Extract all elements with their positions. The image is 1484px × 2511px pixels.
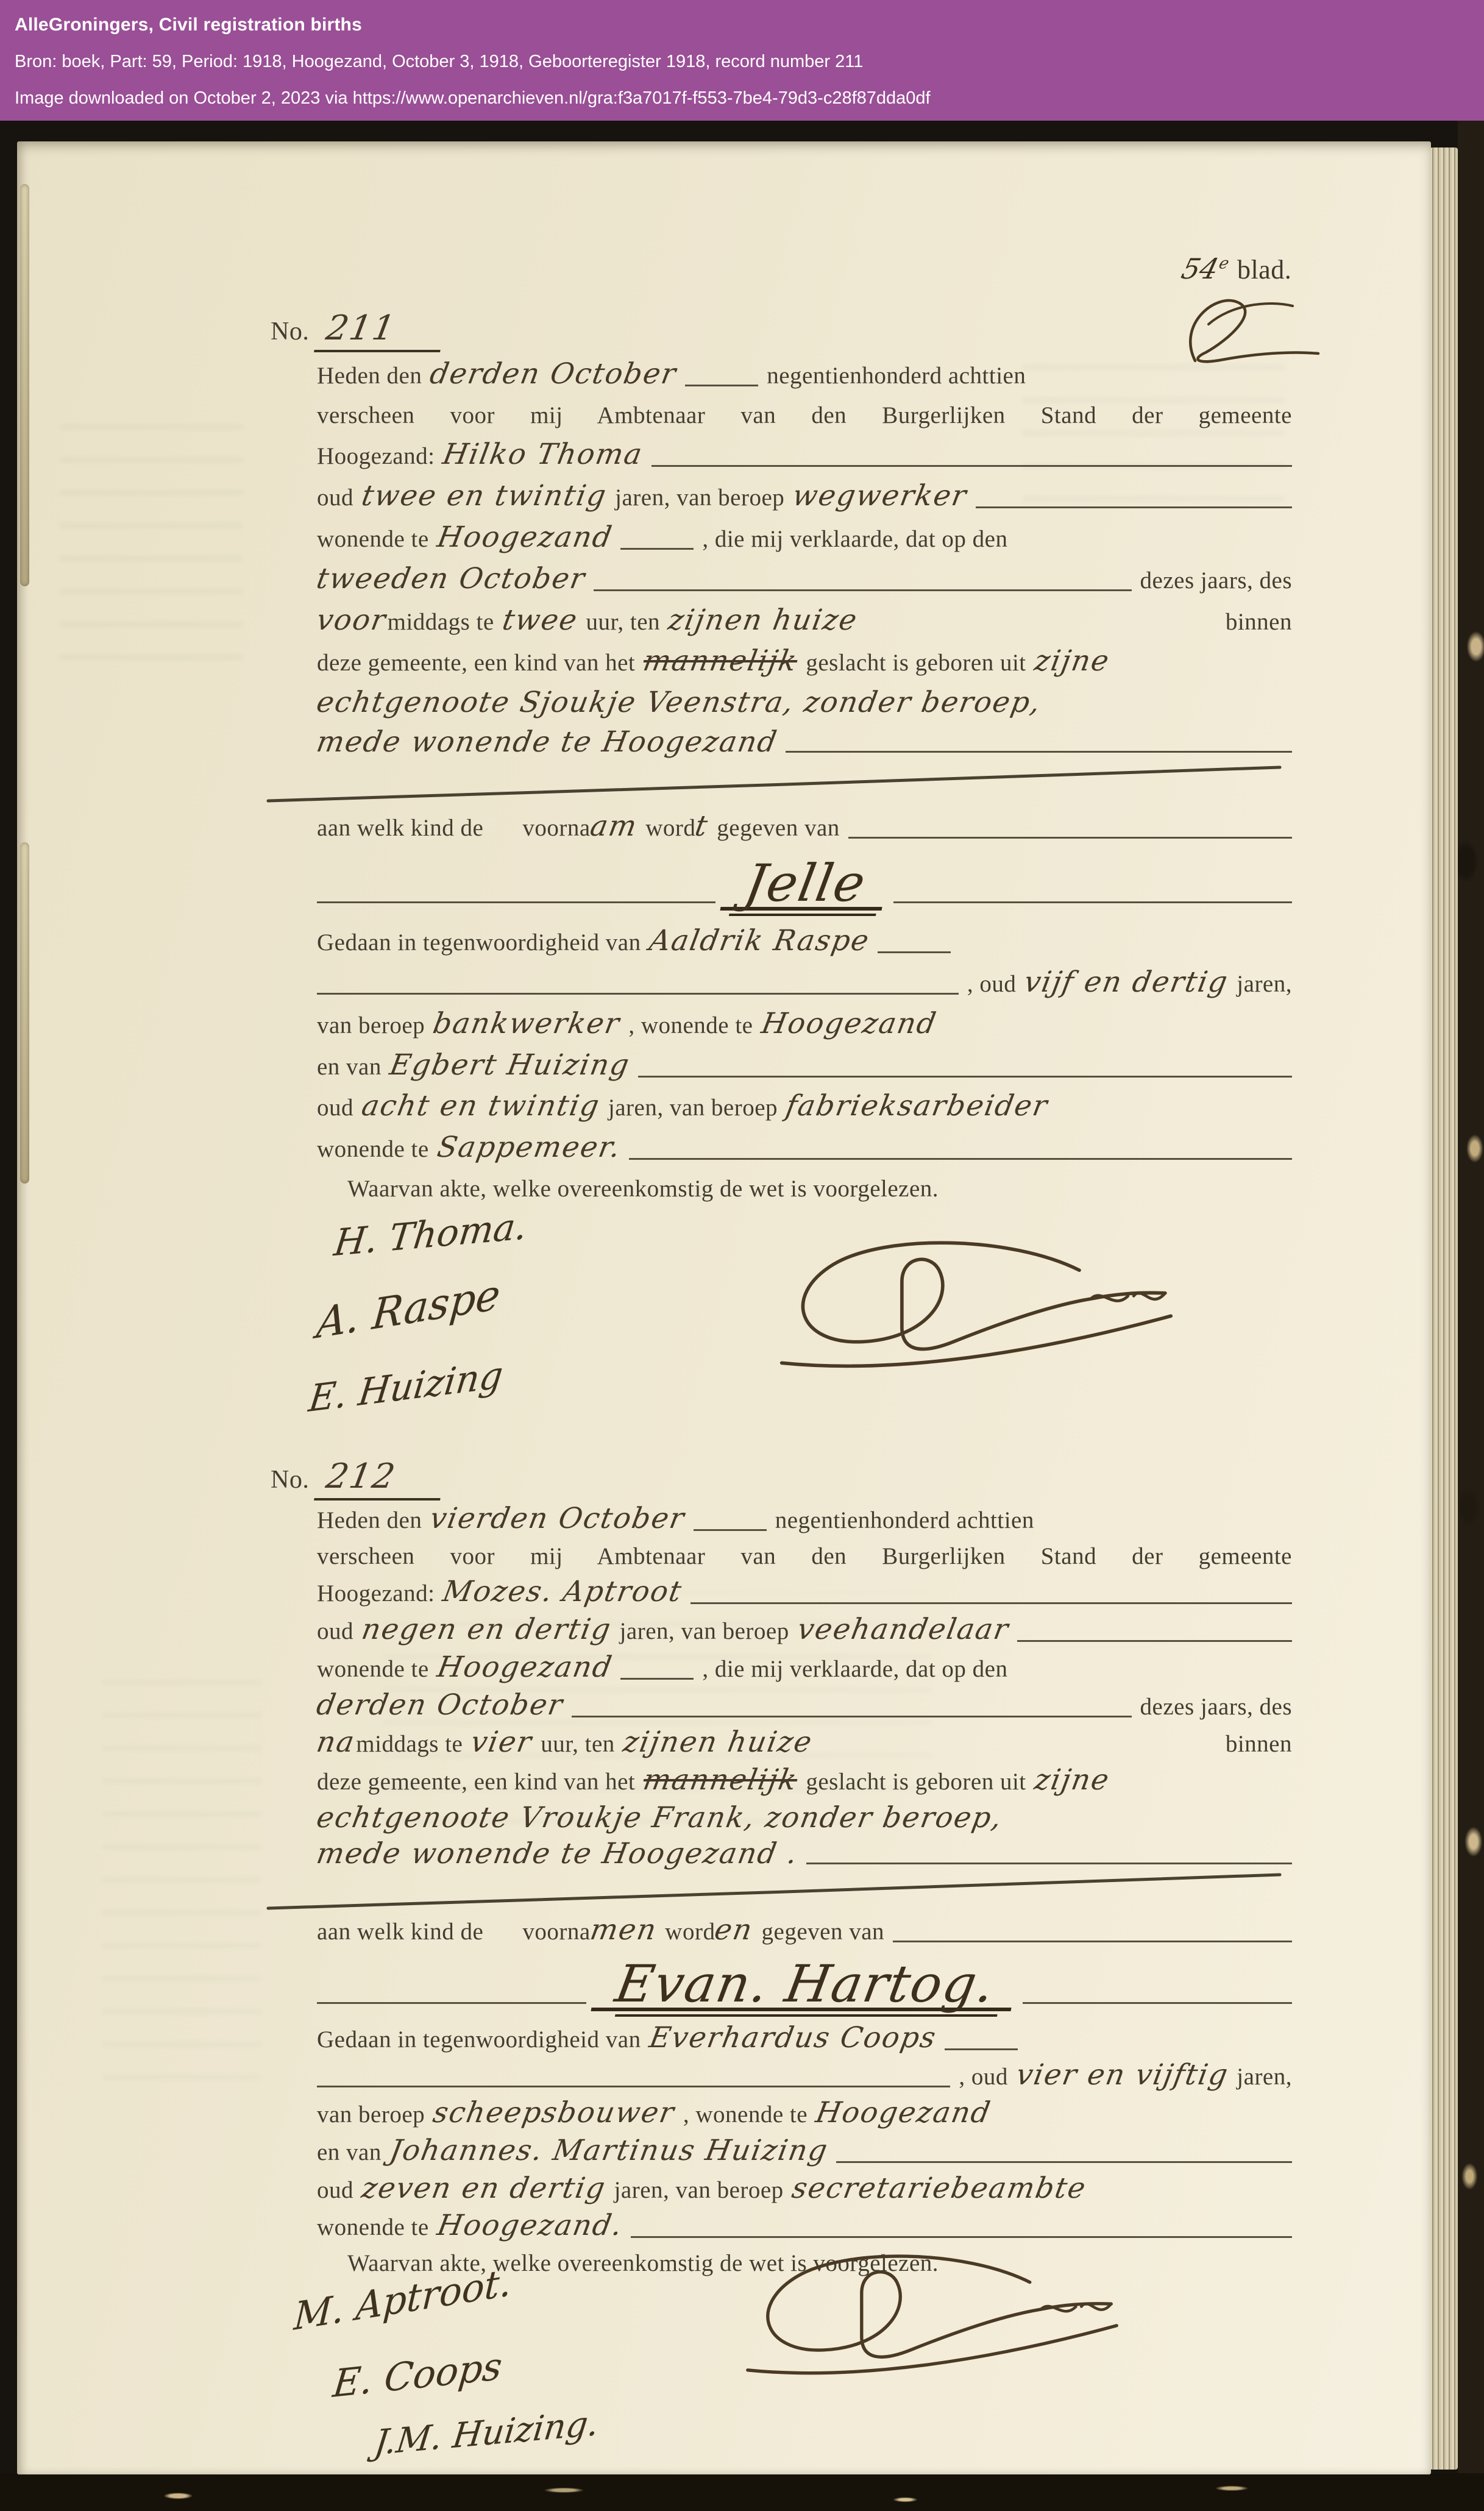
printed-segment: Gedaan in tegenwoordigheid van <box>317 925 641 961</box>
printed-segment: , oud <box>967 967 1017 1002</box>
handwritten-witness1-residence: Hoogezand <box>813 2095 994 2131</box>
printed-segment: Heden den <box>317 1503 422 1538</box>
handwritten-witness2-residence: Hoogezand. <box>435 2208 626 2243</box>
date-of-registration-row: Heden den vierden October negentienhonde… <box>256 1501 1292 1538</box>
blank-line <box>694 1529 767 1531</box>
declarant-name-row: Hoogezand: Mozes. Aptroot <box>256 1574 1292 1611</box>
witness1-age-row: , oud vijf en dertig jaren, <box>256 965 1292 1002</box>
signature: H. Thoma. <box>332 1204 530 1265</box>
handwritten-birth-date: derden October <box>314 1688 566 1723</box>
handwritten-witness2-occupation: secretariebeambte <box>789 2171 1089 2206</box>
handwritten-hour: vier <box>468 1725 535 1760</box>
printed-segment: uur, ten <box>586 605 660 640</box>
banner-download-line: Image downloaded on October 2, 2023 via … <box>15 88 1484 108</box>
printed-segment: wonende te <box>317 522 429 557</box>
no-label: No. <box>271 314 309 349</box>
handwritten-witness2-name: Egbert Huizing <box>387 1048 633 1083</box>
handwritten-age: twee en twintig <box>359 478 609 514</box>
sheet-word-printed: blad. <box>1237 254 1291 285</box>
child-name: Jelle <box>720 865 889 911</box>
voornaam-word: voorna men <box>522 1913 656 1950</box>
given-name-clause-row: aan welk kind de voorna men word en gege… <box>256 1913 1292 1950</box>
printed-segment: Hoogezand: <box>317 439 435 474</box>
printed-segment: jaren, van beroep <box>614 2173 784 2208</box>
handwritten-residence: Hoogezand <box>435 1650 616 1685</box>
birth-date-row: derden October dezes jaars, des <box>256 1688 1292 1725</box>
handwritten-mother-name: echtgenoote Sjoukje Veenstra, zonder ber… <box>314 685 1044 720</box>
printed-segment: negentienhonderd achttien <box>767 358 1026 394</box>
printed-segment: oud <box>317 1090 353 1126</box>
handwritten-witness1-age: vijf en dertig <box>1021 965 1231 1000</box>
printed-segment: voorna <box>522 1914 590 1950</box>
handwritten-witness2-name: Johannes. Martinus Huizing <box>387 2133 831 2168</box>
printed-segment: dezes jaars, des <box>1140 563 1292 598</box>
handwritten-witness2-age: acht en twintig <box>359 1089 603 1124</box>
declarant-residence-row: wonende te Hoogezand , die mij verklaard… <box>256 520 1292 557</box>
printed-segment: Hoogezand: <box>317 1576 435 1611</box>
witness2-row: en van Egbert Huizing <box>256 1048 1292 1085</box>
verscheen-row: verscheen voor mij Ambtenaar van den Bur… <box>256 1539 1292 1574</box>
registrar-signature-flourish <box>683 2242 1127 2388</box>
closing-clause-row: Waarvan akte, welke overeenkomstig de we… <box>256 1171 1292 1207</box>
witness1-occupation-row: van beroep bankwerker , wonende te Hooge… <box>256 1006 1292 1043</box>
handwritten-witness1-occupation: scheepsbouwer <box>430 2095 678 2131</box>
blank-line <box>638 1076 1292 1078</box>
printed-segment: word <box>645 811 695 846</box>
blank-line <box>1017 1640 1292 1642</box>
handwritten-suffix: men <box>588 1913 660 1948</box>
printed-segment: deze gemeente, een kind van het <box>317 645 635 681</box>
printed-segment: aan welk kind de <box>317 1914 483 1950</box>
printed-segment: jaren, van beroep <box>608 1090 778 1126</box>
handwritten-witness1-residence: Hoogezand <box>758 1006 939 1042</box>
book-cover-marble-edge <box>1458 121 1484 2511</box>
handwritten-witness2-residence: Sappemeer. <box>435 1130 624 1165</box>
handwritten-suffix: am <box>588 809 641 844</box>
printed-segment: oud <box>317 2173 353 2208</box>
printed-segment: , wonende te <box>683 2097 808 2133</box>
birth-time-row: na middags te vier uur, ten zijnen huize… <box>256 1725 1292 1762</box>
banner-title: AlleGroningers, Civil registration birth… <box>15 15 1484 35</box>
printed-segment: , wonende te <box>628 1008 753 1043</box>
diagonal-strike-line <box>256 1872 1292 1912</box>
sheet-number-handwritten: 54e <box>1178 252 1231 285</box>
signatures-block: H. Thoma. A. Raspe E. Huizing <box>256 1211 1292 1421</box>
handwritten-witness1-age: vier en vijftig <box>1014 2058 1232 2093</box>
printed-segment: wonende te <box>317 2210 429 2245</box>
word-wordt: word en <box>665 1913 753 1950</box>
printed-segment: jaren, <box>1237 2059 1292 2095</box>
signature: E. Huizing <box>307 1353 505 1421</box>
handwritten-age: negen en dertig <box>359 1612 614 1647</box>
printed-segment: , die mij verklaarde, dat op den <box>702 1652 1007 1687</box>
printed-segment: , die mij verklaarde, dat op den <box>702 522 1007 557</box>
verscheen-row: verscheen voor mij Ambtenaar van den Bur… <box>256 398 1292 433</box>
witness2-age-occupation-row: oud acht en twintig jaren, van beroep fa… <box>256 1089 1292 1126</box>
witness1-row: Gedaan in tegenwoordigheid van Everhardu… <box>256 2020 1292 2058</box>
bleed-through-smudge <box>102 1653 261 2079</box>
handwritten-mother-residence: mede wonende te Hoogezand <box>314 725 780 760</box>
blank-line <box>893 1941 1292 1942</box>
given-name-clause-row: aan welk kind de voorna am word t gegeve… <box>256 809 1292 846</box>
blank-line <box>317 993 959 995</box>
printed-segment: deze gemeente, een kind van het <box>317 1764 635 1800</box>
printed-segment: Waarvan akte, welke overeenkomstig de we… <box>347 1171 939 1207</box>
witness2-residence-row: wonende te Hoogezand. <box>256 2208 1292 2245</box>
child-gender-row: deze gemeente, een kind van het mannelij… <box>256 644 1292 681</box>
child-name-row: Jelle <box>256 850 1292 919</box>
blank-line <box>685 385 758 386</box>
printed-segment: Heden den <box>317 358 422 394</box>
diagonal-strike-line <box>256 764 1292 804</box>
signature: J.M. Huizing. <box>372 2403 601 2463</box>
birth-record-212: No. 212 Heden den vierden October negent… <box>256 1459 1292 2465</box>
printed-segment: jaren, <box>1237 967 1292 1002</box>
handwritten-hour: twee <box>500 603 581 638</box>
word-wordt: word t <box>645 809 708 846</box>
register-page-scan: 54e blad. No. 211 Heden den derden Octob… <box>17 141 1431 2474</box>
record-number-row: No. 212 <box>256 1459 1292 1501</box>
handwritten-mother-name: echtgenoote Vroukje Frank, zonder beroep… <box>314 1800 1006 1836</box>
handwritten-witness1-name: Everhardus Coops <box>646 2020 939 2056</box>
blank-line <box>317 901 715 903</box>
printed-segment: dezes jaars, des <box>1140 1689 1292 1725</box>
printed-segment: jaren, van beroep <box>615 480 784 516</box>
blank-line <box>620 1678 694 1680</box>
handwritten-declarant-name: Mozes. Aptroot <box>440 1574 685 1610</box>
voornaam-word: voorna am <box>522 809 637 846</box>
child-name: Evan. Hartog. <box>591 1966 1018 2011</box>
witness2-age-occupation-row: oud zeven en dertig jaren, van beroep se… <box>256 2171 1292 2208</box>
blank-line <box>1023 2002 1292 2004</box>
declarant-residence-row: wonende te Hoogezand , die mij verklaard… <box>256 1650 1292 1687</box>
blank-line <box>893 901 1292 903</box>
declarant-name-row: Hoogezand: Hilko Thoma <box>256 437 1292 474</box>
printed-segment: wonende te <box>317 1132 429 1167</box>
child-gender-row: deze gemeente, een kind van het mannelij… <box>256 1763 1292 1800</box>
witness2-row: en van Johannes. Martinus Huizing <box>256 2133 1292 2170</box>
archive-metadata-banner: AlleGroningers, Civil registration birth… <box>0 0 1484 121</box>
record-number: 212 <box>314 1459 447 1501</box>
witness1-row: Gedaan in tegenwoordigheid van Aaldrik R… <box>256 923 1292 961</box>
record-number-row: No. 211 <box>256 311 1292 352</box>
handwritten-daypart: voor <box>314 603 389 638</box>
page-edge-stack <box>1430 147 1458 2470</box>
birth-record-211: No. 211 Heden den derden October negenti… <box>256 311 1292 1421</box>
blank-line <box>848 837 1292 839</box>
mother-residence-row: mede wonende te Hoogezand . <box>256 1836 1292 1872</box>
sheet-number-label: 54e blad. <box>1182 252 1291 285</box>
witness2-residence-row: wonende te Sappemeer. <box>256 1130 1292 1167</box>
blank-line <box>786 751 1292 753</box>
printed-segment: negentienhonderd achttien <box>775 1503 1034 1538</box>
blank-line <box>594 589 1131 591</box>
blank-line <box>691 1602 1292 1604</box>
handwritten-birth-place: zijnen huize <box>666 603 861 638</box>
witness1-occupation-row: van beroep scheepsbouwer , wonende te Ho… <box>256 2095 1292 2133</box>
blank-line <box>651 465 1292 467</box>
birth-time-row: voor middags te twee uur, ten zijnen hui… <box>256 603 1292 640</box>
blank-line <box>836 2161 1292 2163</box>
handwritten-declarant-name: Hilko Thoma <box>440 437 646 472</box>
printed-segment: geslacht is geboren uit <box>806 645 1026 681</box>
handwritten-witness2-age: zeven en dertig <box>359 2171 609 2206</box>
printed-segment: en van <box>317 2135 382 2170</box>
mother-name-row: echtgenoote Sjoukje Veenstra, zonder ber… <box>256 685 1292 720</box>
binding-stitch-mark <box>20 184 29 586</box>
printed-segment: geslacht is geboren uit <box>806 1764 1026 1800</box>
handwritten-witness2-occupation: fabrieksarbeider <box>783 1089 1051 1124</box>
printed-segment: binnen <box>1226 1727 1292 1762</box>
printed-segment: middags te <box>356 1727 463 1762</box>
no-label: No. <box>271 1462 309 1497</box>
handwritten-segment: zijne <box>1032 644 1113 679</box>
printed-segment: voorna <box>522 811 590 846</box>
printed-segment: uur, ten <box>541 1727 615 1762</box>
signature: A. Raspe <box>314 1270 502 1349</box>
printed-segment: oud <box>317 480 353 516</box>
handwritten-registration-date: vierden October <box>427 1501 688 1536</box>
blank-line <box>317 2002 586 2004</box>
birth-date-row: tweeden October dezes jaars, des <box>256 561 1292 598</box>
printed-segment: gegeven van <box>762 1914 885 1950</box>
printed-segment: jaren, van beroep <box>620 1614 789 1649</box>
handwritten-occupation: veehandelaar <box>795 1612 1012 1647</box>
handwritten-gender: mannelijk <box>641 644 800 679</box>
handwritten-witness1-name: Aaldrik Raspe <box>646 923 872 959</box>
declarant-age-occupation-row: oud twee en twintig jaren, van beroep we… <box>256 478 1292 516</box>
mother-name-row: echtgenoote Vroukje Frank, zonder beroep… <box>256 1800 1292 1836</box>
printed-segment: oud <box>317 1614 353 1649</box>
handwritten-birth-place: zijnen huize <box>620 1725 815 1760</box>
banner-source-line: Bron: boek, Part: 59, Period: 1918, Hoog… <box>15 52 1484 72</box>
handwritten-daypart: na <box>314 1725 358 1760</box>
declarant-age-occupation-row: oud negen en dertig jaren, van beroep ve… <box>256 1612 1292 1649</box>
blank-line <box>572 1716 1132 1717</box>
handwritten-mother-residence: mede wonende te Hoogezand . <box>314 1836 801 1872</box>
blank-line <box>945 2048 1018 2050</box>
book-bottom-edge <box>0 2473 1484 2511</box>
binding-stitch-mark <box>20 842 29 1184</box>
witness1-age-row: , oud vier en vijftig jaren, <box>256 2058 1292 2095</box>
blank-line <box>878 951 951 953</box>
printed-segment: aan welk kind de <box>317 811 483 846</box>
handwritten-gender: mannelijk <box>641 1763 800 1798</box>
signature: E. Coops <box>331 2343 505 2406</box>
child-name-row: Evan. Hartog. <box>256 1950 1292 2020</box>
date-of-registration-row: Heden den derden October negentienhonder… <box>256 357 1292 394</box>
blank-line <box>631 2236 1292 2238</box>
printed-segment: gegeven van <box>717 811 840 846</box>
handwritten-occupation: wegwerker <box>790 478 970 514</box>
handwritten-birth-date: tweeden October <box>314 561 588 597</box>
signatures-block: M. Aptroot. E. Coops J.M. Huizing. <box>256 2282 1292 2465</box>
handwritten-residence: Hoogezand <box>435 520 616 555</box>
blank-line <box>806 1863 1292 1864</box>
printed-segment: wonende te <box>317 1652 429 1687</box>
printed-segment: middags te <box>388 605 494 640</box>
handwritten-suffix: en <box>712 1913 756 1948</box>
blank-line <box>976 506 1292 508</box>
blank-line <box>317 2086 950 2087</box>
printed-segment: Gedaan in tegenwoordigheid van <box>317 2022 641 2058</box>
printed-segment: binnen <box>1226 605 1292 640</box>
mother-residence-row: mede wonende te Hoogezand <box>256 725 1292 760</box>
record-number: 211 <box>314 311 447 352</box>
printed-segment: word <box>665 1914 715 1950</box>
printed-segment: , oud <box>959 2059 1008 2095</box>
printed-segment: van beroep <box>317 2097 425 2133</box>
registrar-signature-flourish <box>713 1227 1182 1382</box>
printed-segment: van beroep <box>317 1008 425 1043</box>
handwritten-registration-date: derden October <box>427 357 680 392</box>
printed-segment: en van <box>317 1050 382 1085</box>
handwritten-witness1-occupation: bankwerker <box>430 1006 623 1042</box>
handwritten-segment: zijne <box>1032 1763 1113 1798</box>
bleed-through-smudge <box>60 397 243 659</box>
blank-line <box>620 548 694 550</box>
blank-line <box>629 1158 1292 1160</box>
